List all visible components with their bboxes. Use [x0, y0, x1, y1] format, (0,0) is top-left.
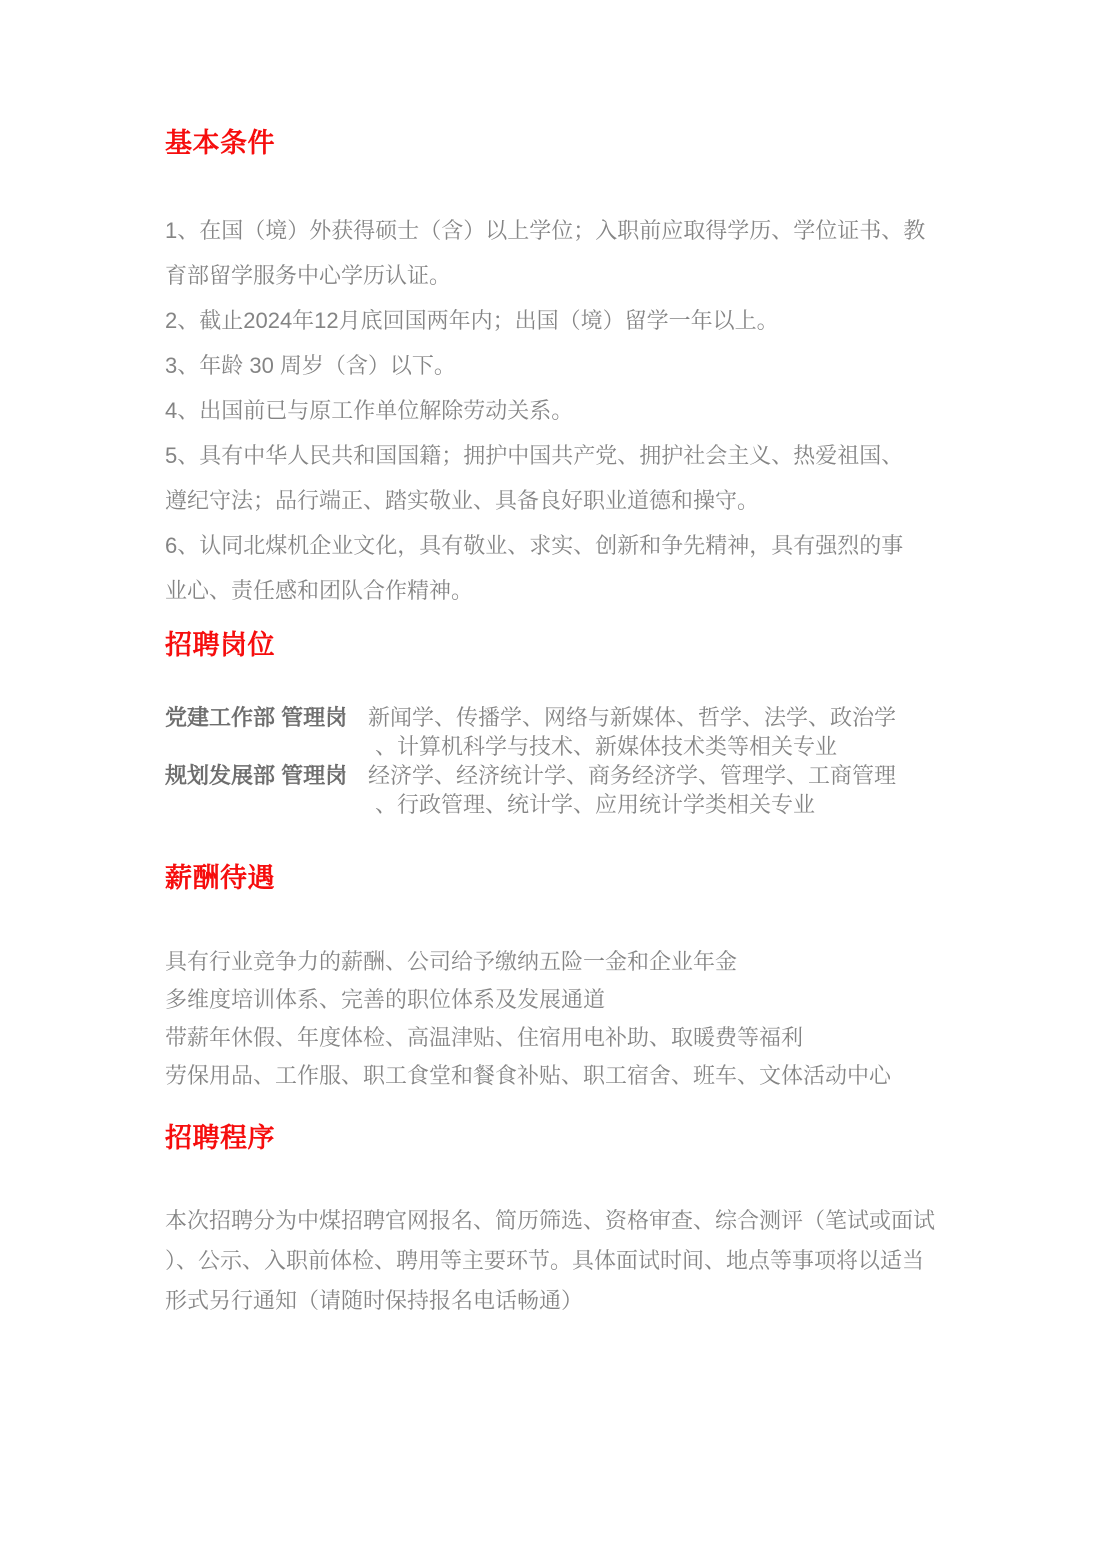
basic-conditions-list: 1、在国（境）外获得硕士（含）以上学位；入职前应取得学历、学位证书、教 育部留学…	[165, 208, 947, 613]
heading-basic-conditions: 基本条件	[165, 128, 947, 158]
positions-table: 党建工作部 管理岗 新闻学、传播学、网络与新媒体、哲学、法学、政治学 、计算机科…	[165, 703, 947, 819]
majors-line: 、计算机科学与技术、新媒体技术类等相关专业	[368, 732, 896, 761]
paragraph-line: ）、公示、入职前体检、聘用等主要环节。具体面试时间、地点等事项将以适当	[165, 1241, 947, 1281]
position-dept-post: 党建工作部 管理岗	[165, 703, 368, 732]
position-dept-post: 规划发展部 管理岗	[165, 761, 368, 790]
heading-salary-benefits: 薪酬待遇	[165, 863, 947, 893]
majors-line: 新闻学、传播学、网络与新媒体、哲学、法学、政治学	[368, 703, 896, 732]
paragraph-line: 育部留学服务中心学历认证。	[165, 253, 947, 298]
position-majors: 新闻学、传播学、网络与新媒体、哲学、法学、政治学 、计算机科学与技术、新媒体技术…	[368, 703, 896, 761]
basic-condition-item: 5、具有中华人民共和国国籍；拥护中国共产党、拥护社会主义、热爱祖国、 遵纪守法；…	[165, 433, 947, 523]
heading-recruitment-positions: 招聘岗位	[165, 630, 947, 660]
paragraph-line: 5、具有中华人民共和国国籍；拥护中国共产党、拥护社会主义、热爱祖国、	[165, 433, 947, 478]
position-row: 规划发展部 管理岗 经济学、经济统计学、商务经济学、管理学、工商管理 、行政管理…	[165, 761, 947, 819]
basic-condition-item: 1、在国（境）外获得硕士（含）以上学位；入职前应取得学历、学位证书、教 育部留学…	[165, 208, 947, 298]
paragraph-line: 1、在国（境）外获得硕士（含）以上学位；入职前应取得学历、学位证书、教	[165, 208, 947, 253]
post-type: 管理岗	[281, 705, 347, 730]
paragraph-line: 2、截止2024年12月底回国两年内；出国（境）留学一年以上。	[165, 298, 947, 343]
basic-condition-item: 6、认同北煤机企业文化，具有敬业、求实、创新和争先精神，具有强烈的事 业心、责任…	[165, 523, 947, 613]
benefit-line: 多维度培训体系、完善的职位体系及发展通道	[165, 981, 947, 1019]
position-row: 党建工作部 管理岗 新闻学、传播学、网络与新媒体、哲学、法学、政治学 、计算机科…	[165, 703, 947, 761]
benefit-line: 具有行业竞争力的薪酬、公司给予缴纳五险一金和企业年金	[165, 943, 947, 981]
paragraph-line: 3、年龄 30 周岁（含）以下。	[165, 343, 947, 388]
position-majors: 经济学、经济统计学、商务经济学、管理学、工商管理 、行政管理、统计学、应用统计学…	[368, 761, 896, 819]
department-name: 党建工作部	[165, 705, 275, 730]
paragraph-line: 本次招聘分为中煤招聘官网报名、简历筛选、资格审查、综合测评（笔试或面试	[165, 1201, 947, 1241]
heading-recruitment-procedure: 招聘程序	[165, 1123, 947, 1153]
basic-condition-item: 2、截止2024年12月底回国两年内；出国（境）留学一年以上。	[165, 298, 947, 343]
benefit-line: 带薪年休假、年度体检、高温津贴、住宿用电补助、取暖费等福利	[165, 1019, 947, 1057]
basic-condition-item: 3、年龄 30 周岁（含）以下。	[165, 343, 947, 388]
paragraph-line: 形式另行通知（请随时保持报名电话畅通）	[165, 1281, 947, 1321]
procedure-paragraph: 本次招聘分为中煤招聘官网报名、简历筛选、资格审查、综合测评（笔试或面试 ）、公示…	[165, 1201, 947, 1321]
basic-condition-item: 4、出国前已与原工作单位解除劳动关系。	[165, 388, 947, 433]
paragraph-line: 6、认同北煤机企业文化，具有敬业、求实、创新和争先精神，具有强烈的事	[165, 523, 947, 568]
paragraph-line: 遵纪守法；品行端正、踏实敬业、具备良好职业道德和操守。	[165, 478, 947, 523]
recruitment-document-page: 基本条件 1、在国（境）外获得硕士（含）以上学位；入职前应取得学历、学位证书、教…	[0, 0, 1102, 1559]
majors-line: 、行政管理、统计学、应用统计学类相关专业	[368, 790, 896, 819]
salary-benefits-list: 具有行业竞争力的薪酬、公司给予缴纳五险一金和企业年金 多维度培训体系、完善的职位…	[165, 943, 947, 1095]
paragraph-line: 4、出国前已与原工作单位解除劳动关系。	[165, 388, 947, 433]
benefit-line: 劳保用品、工作服、职工食堂和餐食补贴、职工宿舍、班车、文体活动中心	[165, 1057, 947, 1095]
post-type: 管理岗	[281, 763, 347, 788]
department-name: 规划发展部	[165, 763, 275, 788]
paragraph-line: 业心、责任感和团队合作精神。	[165, 568, 947, 613]
majors-line: 经济学、经济统计学、商务经济学、管理学、工商管理	[368, 761, 896, 790]
